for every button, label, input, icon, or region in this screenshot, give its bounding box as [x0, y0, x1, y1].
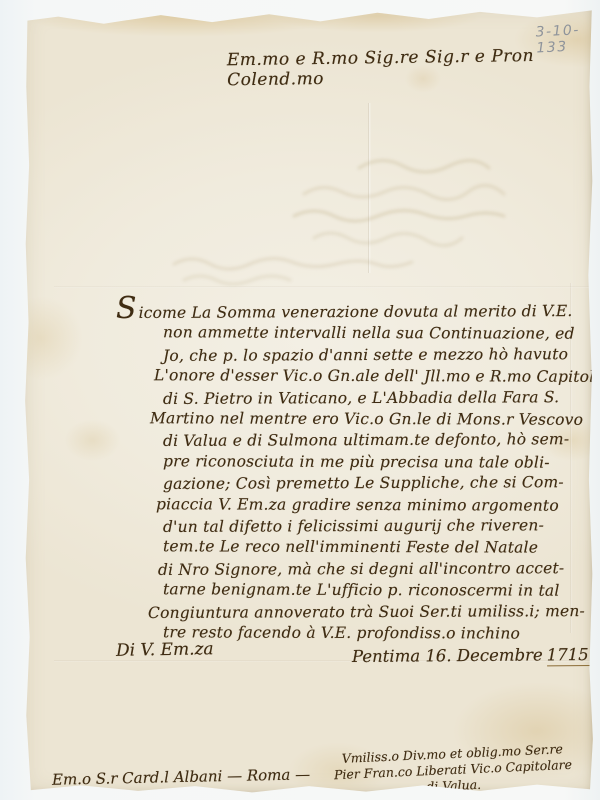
dateline-place-date: Pentima 16. Decembre: [352, 645, 543, 666]
manuscript-paper: 3-10-133 Em.mo e R.mo Sig.re Sig.r e Pro…: [24, 8, 594, 794]
manuscript-line: Jo, che p. lo spazio d'anni sette e mezz…: [163, 344, 586, 367]
letter-body: Sicome La Somma venerazione dovuta al me…: [116, 297, 586, 645]
closing-formula: Di V. Em.za: [116, 639, 214, 661]
manuscript-line: Congiuntura annoverato trà Suoi Ser.ti u…: [148, 601, 586, 624]
manuscript-line: Sicome La Somma venerazione dovuta al me…: [116, 296, 586, 324]
manuscript-line: tarne benignam.te L'ufficio p. riconosce…: [163, 580, 586, 603]
manuscript-line: di S. Pietro in Vaticano, e L'Abbadia de…: [163, 387, 586, 410]
bleedthrough-ink: [154, 156, 544, 286]
manuscript-line: L'onore d'esser Vic.o Gn.ale dell' Jll.m…: [154, 365, 586, 388]
fold-crease-horizontal: [54, 286, 599, 288]
manuscript-line: non ammette intervalli nella sua Continu…: [163, 323, 586, 346]
dateline: Pentima 16. Decembre1715.: [352, 645, 594, 666]
dateline-year: 1715.: [547, 645, 594, 666]
manuscript-line: tre resto facendo à V.E. profondiss.o in…: [163, 622, 586, 645]
manuscript-line: pre riconosciuta in me più precisa una t…: [163, 451, 586, 474]
manuscript-line: Martino nel mentre ero Vic.o Gn.le di Mo…: [150, 408, 586, 431]
salutation-line: Em.mo e R.mo Sig.re Sig.r e Pron Colend.…: [227, 46, 558, 91]
manuscript-line: d'un tal difetto i felicissimi augurij c…: [163, 515, 586, 538]
manuscript-line: gazione; Così premetto Le Suppliche, che…: [163, 472, 586, 495]
manuscript-line: di Valua e di Sulmona ultimam.te defonto…: [163, 430, 586, 453]
manuscript-line: di Nro Signore, mà che si degni all'inco…: [158, 558, 586, 581]
fold-crease-vertical: [368, 103, 371, 273]
manuscript-line: tem.te Le reco nell'imminenti Feste del …: [163, 537, 586, 560]
address-line: Em.o S.r Card.l Albani — Roma —: [52, 765, 310, 788]
manuscript-line: piaccia V. Em.za gradire senza minimo ar…: [156, 494, 586, 517]
